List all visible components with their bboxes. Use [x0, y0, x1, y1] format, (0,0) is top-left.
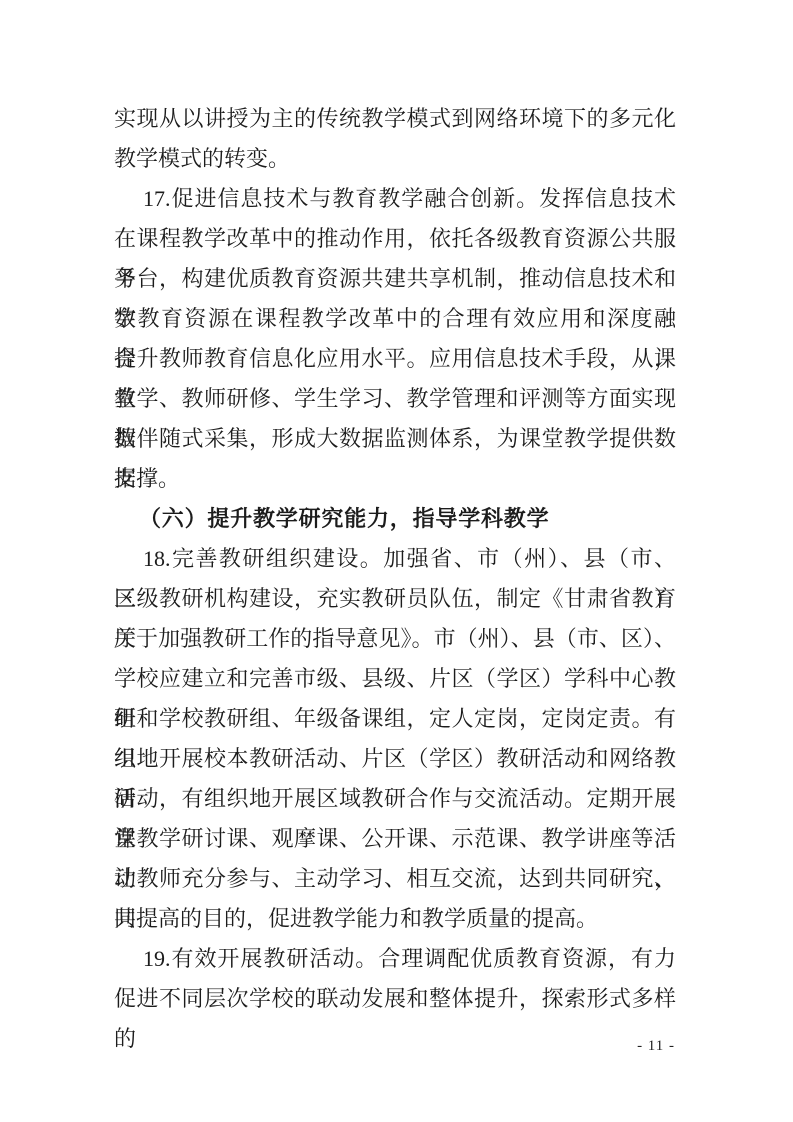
text-line: 让教师充分参与、主动学习、相互交流，达到共同研究、共 — [114, 859, 676, 899]
text-line: 17.促进信息技术与教育教学融合创新。发挥信息技术 — [114, 179, 676, 219]
text-line: 提升教师教育信息化应用水平。应用信息技术手段，从课堂 — [114, 339, 676, 379]
document-page: 实现从以讲授为主的传统教学模式到网络环境下的多元化教学模式的转变。17.促进信息… — [0, 0, 793, 1122]
text-line: 同提高的目的，促进教学能力和教学质量的提高。 — [114, 899, 676, 939]
text-line: 实现从以讲授为主的传统教学模式到网络环境下的多元化 — [114, 99, 676, 139]
text-line: 堂教学研讨课、观摩课、公开课、示范课、教学讲座等活动， — [114, 819, 676, 859]
text-line: 学校应建立和完善市级、县级、片区（学区）学科中心教研 — [114, 659, 676, 699]
page-number: - 11 - — [0, 1038, 675, 1055]
text-line: 活动，有组织地开展区域教研合作与交流活动。定期开展课 — [114, 779, 676, 819]
text-line: 教学、教师研修、学生学习、教学管理和评测等方面实现数 — [114, 379, 676, 419]
text-line: 关于加强教研工作的指导意见》。市（州）、县（市、区）、 — [114, 619, 676, 659]
text-line: 18.完善教研组织建设。加强省、市（州）、县（市、区） — [114, 539, 676, 579]
section-heading: （六）提升教学研究能力，指导学科教学 — [114, 499, 676, 539]
text-line: 教学模式的转变。 — [114, 139, 676, 179]
text-line: 字教育资源在课程教学改革中的合理有效应用和深度融合， — [114, 299, 676, 339]
text-line: 支撑。 — [114, 459, 676, 499]
text-line: 19.有效开展教研活动。合理调配优质教育资源，有力 — [114, 939, 676, 979]
text-line: 平台，构建优质教育资源共建共享机制，推动信息技术和数 — [114, 259, 676, 299]
text-line: 据伴随式采集，形成大数据监测体系，为课堂教学提供数据 — [114, 419, 676, 459]
document-body: 实现从以讲授为主的传统教学模式到网络环境下的多元化教学模式的转变。17.促进信息… — [114, 99, 676, 1019]
text-line: 组和学校教研组、年级备课组，定人定岗，定岗定责。有组 — [114, 699, 676, 739]
text-line: 在课程教学改革中的推动作用，依托各级教育资源公共服务 — [114, 219, 676, 259]
text-line: 促进不同层次学校的联动发展和整体提升，探索形式多样的 — [114, 979, 676, 1019]
text-line: 三级教研机构建设，充实教研员队伍，制定《甘肃省教育厅 — [114, 579, 676, 619]
text-line: 织地开展校本教研活动、片区（学区）教研活动和网络教研 — [114, 739, 676, 779]
